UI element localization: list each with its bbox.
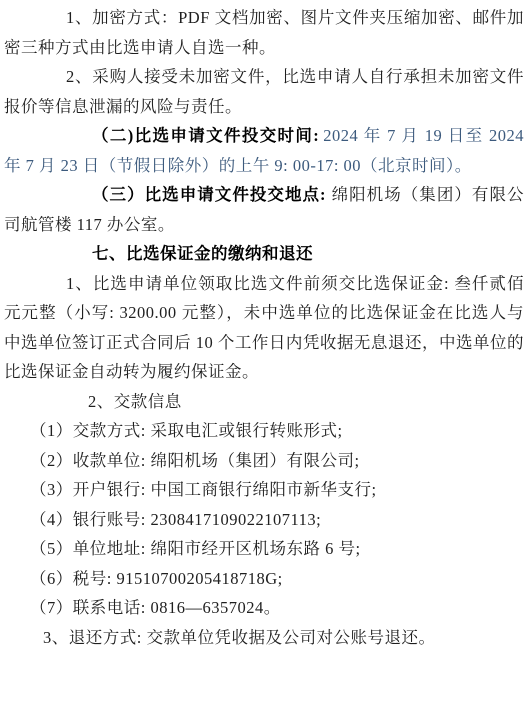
payment-detail-tax-id: （6）税号: 91510700205418718G; [4, 564, 524, 594]
paragraph-submission-place: （三）比选申请文件投交地点:绵阳机场（集团）有限公司航管楼 117 办公室。 [4, 180, 524, 239]
document-page: 1、加密方式：PDF 文档加密、图片文件夹压缩加密、邮件加密三种方式由比选申请人… [0, 0, 531, 711]
payment-detail-payee: （2）收款单位: 绵阳机场（集团）有限公司; [4, 446, 524, 476]
paragraph-refund-method: 3、退还方式: 交款单位凭收据及公司对公账号退还。 [4, 623, 524, 653]
paragraph-payment-info-heading: 2、交款信息 [4, 387, 524, 417]
paragraph-submission-time: （二)比选申请文件投交时间:2024 年 7 月 19 日至 2024 年 7 … [4, 121, 524, 180]
payment-detail-bank: （3）开户银行: 中国工商银行绵阳市新华支行; [4, 475, 524, 505]
payment-detail-account: （4）银行账号: 2308417109022107113; [4, 505, 524, 535]
submission-time-label: （二)比选申请文件投交时间: [92, 126, 319, 145]
payment-detail-method: （1）交款方式: 采取电汇或银行转账形式; [4, 416, 524, 446]
submission-place-label: （三）比选申请文件投交地点: [92, 185, 326, 204]
payment-detail-phone: （7）联系电话: 0816—6357024。 [4, 593, 524, 623]
paragraph-encryption-methods: 1、加密方式：PDF 文档加密、图片文件夹压缩加密、邮件加密三种方式由比选申请人… [4, 3, 524, 62]
paragraph-unencrypted-risk: 2、采购人接受未加密文件，比选申请人自行承担未加密文件报价等信息泄漏的风险与责任… [4, 62, 524, 121]
section-heading-deposit: 七、比选保证金的缴纳和退还 [4, 239, 524, 269]
paragraph-deposit-amount: 1、比选申请单位领取比选文件前须交比选保证金: 叁仟贰佰元元整（小写: 3200… [4, 269, 524, 387]
payment-detail-address: （5）单位地址: 绵阳市经开区机场东路 6 号; [4, 534, 524, 564]
